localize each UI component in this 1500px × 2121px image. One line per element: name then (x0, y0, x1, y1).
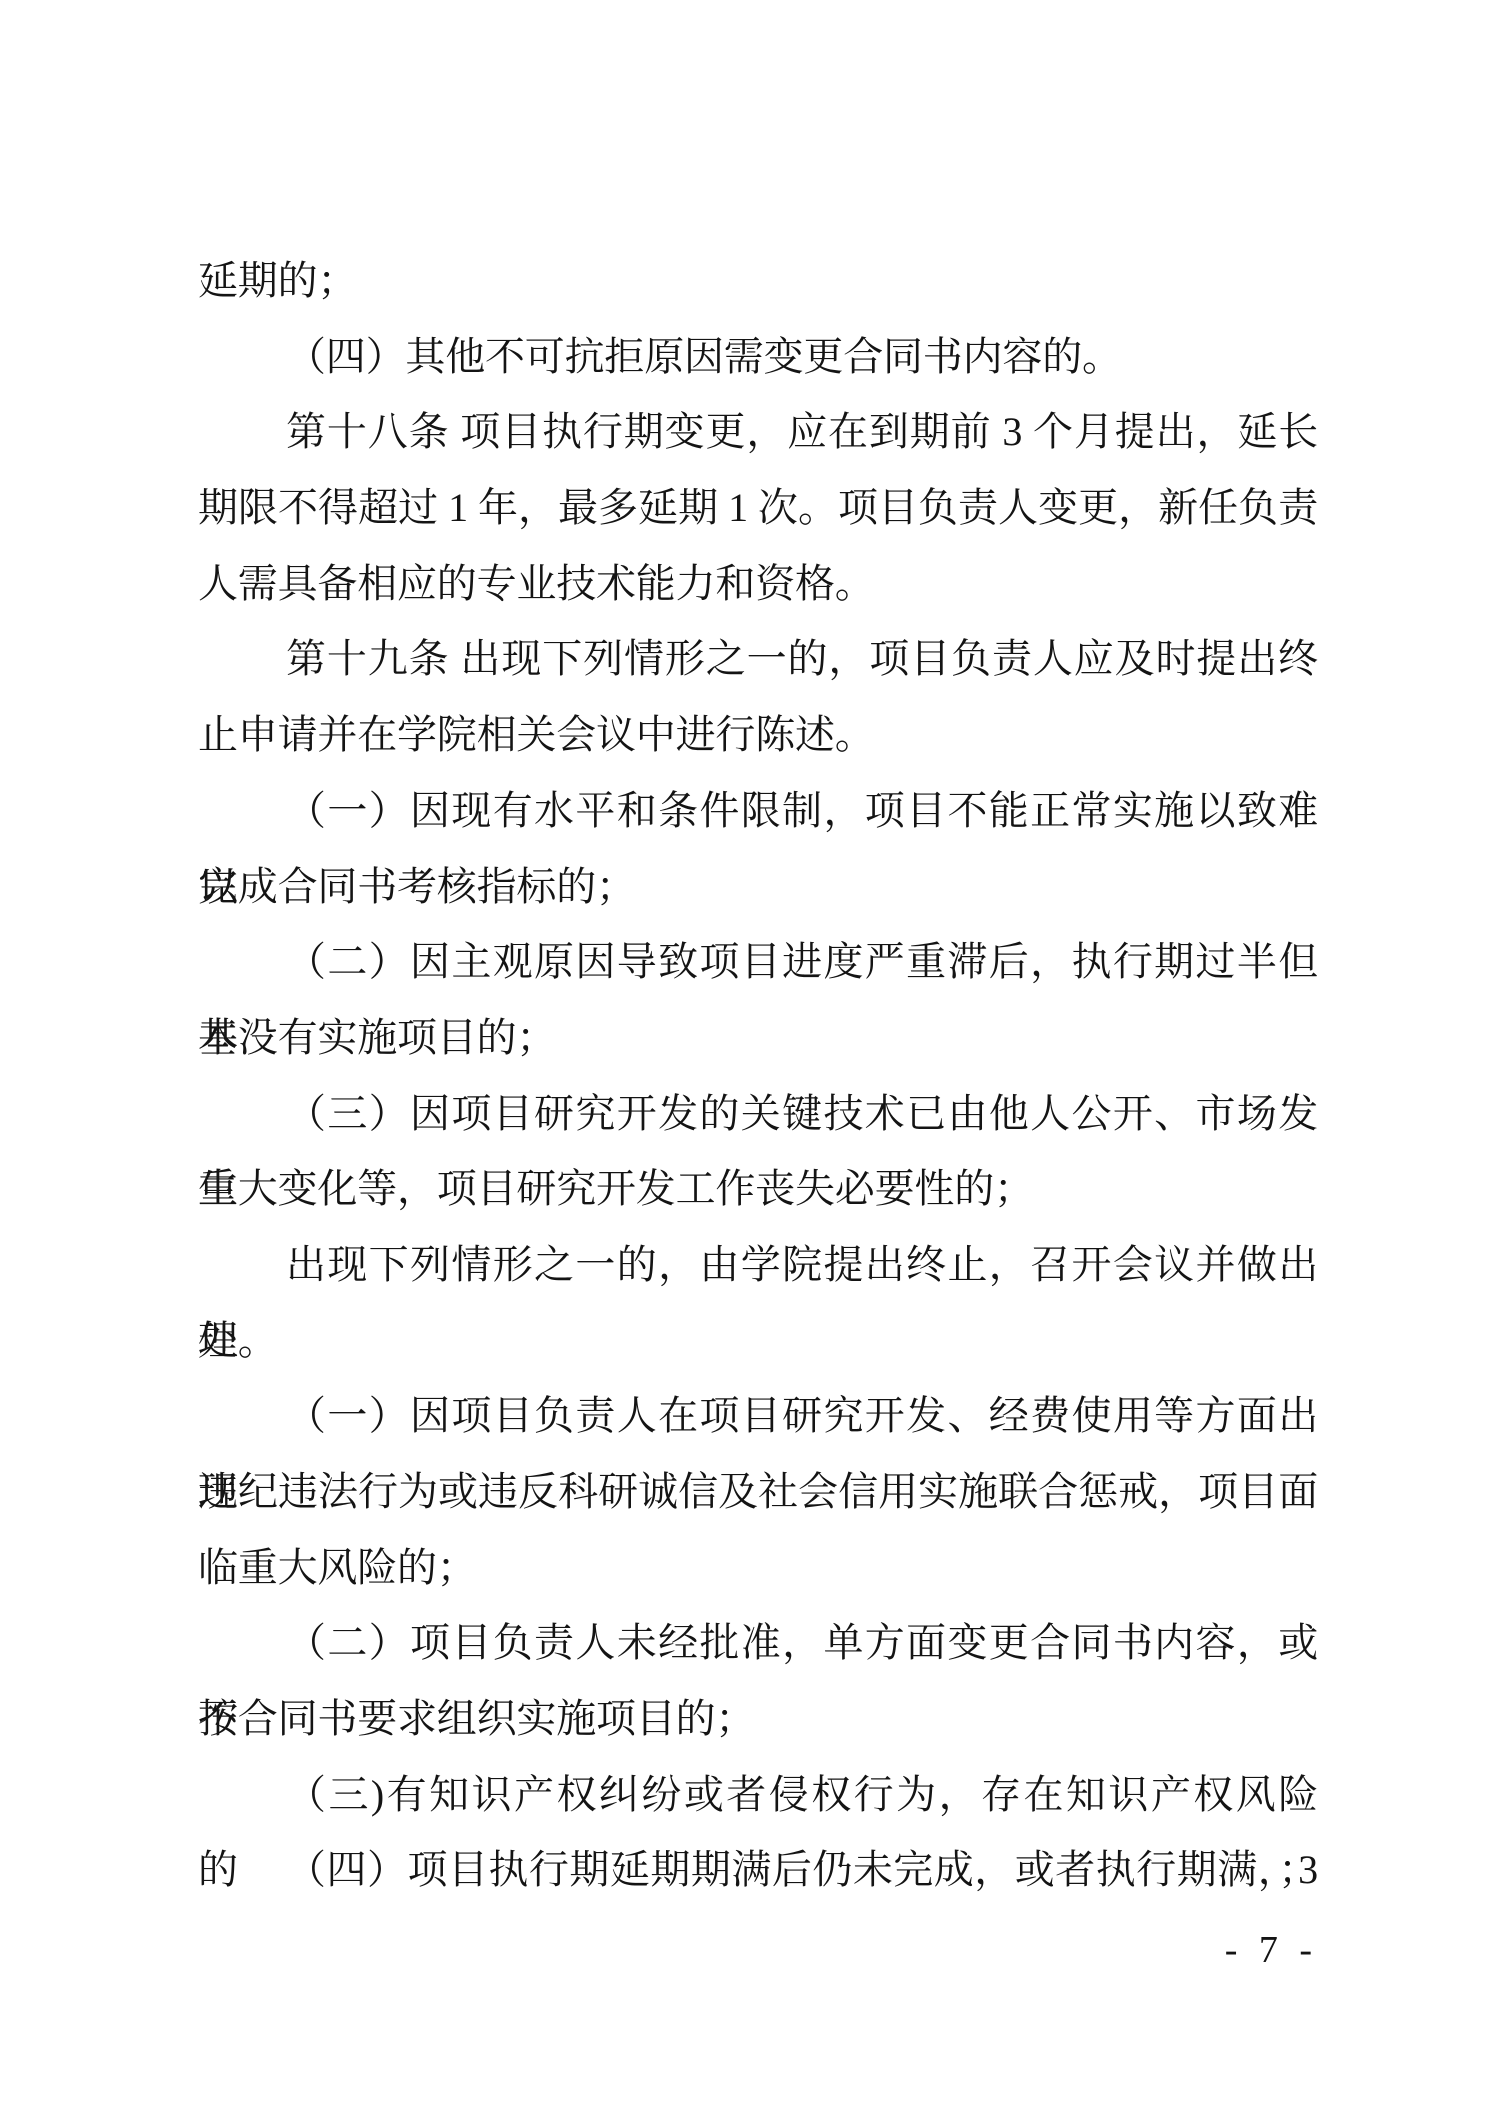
document-body: 延期的； （四）其他不可抗拒原因需变更合同书内容的。 第十八条 项目执行期变更，… (198, 243, 1318, 1908)
page-number: - 7 - (1225, 1929, 1318, 1971)
document-line: 期限不得超过 1 年，最多延期 1 次。项目负责人变更，新任负责 (198, 470, 1318, 546)
document-line: （四）其他不可抗拒原因需变更合同书内容的。 (198, 319, 1318, 395)
document-page: 延期的； （四）其他不可抗拒原因需变更合同书内容的。 第十八条 项目执行期变更，… (0, 0, 1500, 2121)
document-line: （三)有知识产权纠纷或者侵权行为，存在知识产权风险的； (198, 1757, 1318, 1833)
document-line: （二）项目负责人未经批准，单方面变更合同书内容，或不 (198, 1605, 1318, 1681)
document-line: 理。 (198, 1303, 1318, 1379)
document-line: 重大变化等，项目研究开发工作丧失必要性的； (198, 1151, 1318, 1227)
document-line: 出现下列情形之一的，由学院提出终止，召开会议并做出处 (198, 1227, 1318, 1303)
document-line: 第十九条 出现下列情形之一的，项目负责人应及时提出终 (198, 621, 1318, 697)
document-line: 临重大风险的； (198, 1530, 1318, 1606)
document-line: （三）因项目研究开发的关键技术已由他人公开、市场发生 (198, 1076, 1318, 1152)
document-line: （二）因主观原因导致项目进度严重滞后，执行期过半但基 (198, 924, 1318, 1000)
document-line: 止申请并在学院相关会议中进行陈述。 (198, 697, 1318, 773)
document-line: 按合同书要求组织实施项目的； (198, 1681, 1318, 1757)
document-line: 第十八条 项目执行期变更，应在到期前 3 个月提出，延长 (198, 394, 1318, 470)
page-footer: - 7 - (198, 1930, 1318, 1970)
document-line: 完成合同书考核指标的； (198, 849, 1318, 925)
document-line: 延期的； (198, 243, 1318, 319)
document-line: 本没有实施项目的； (198, 1000, 1318, 1076)
document-line: 违纪违法行为或违反科研诚信及社会信用实施联合惩戒，项目面 (198, 1454, 1318, 1530)
document-line: 人需具备相应的专业技术能力和资格。 (198, 546, 1318, 622)
document-line: （一）因项目负责人在项目研究开发、经费使用等方面出现 (198, 1378, 1318, 1454)
document-line: （四）项目执行期延期期满后仍未完成，或者执行期满，3 (198, 1832, 1318, 1908)
document-line: （一）因现有水平和条件限制，项目不能正常实施以致难以 (198, 773, 1318, 849)
